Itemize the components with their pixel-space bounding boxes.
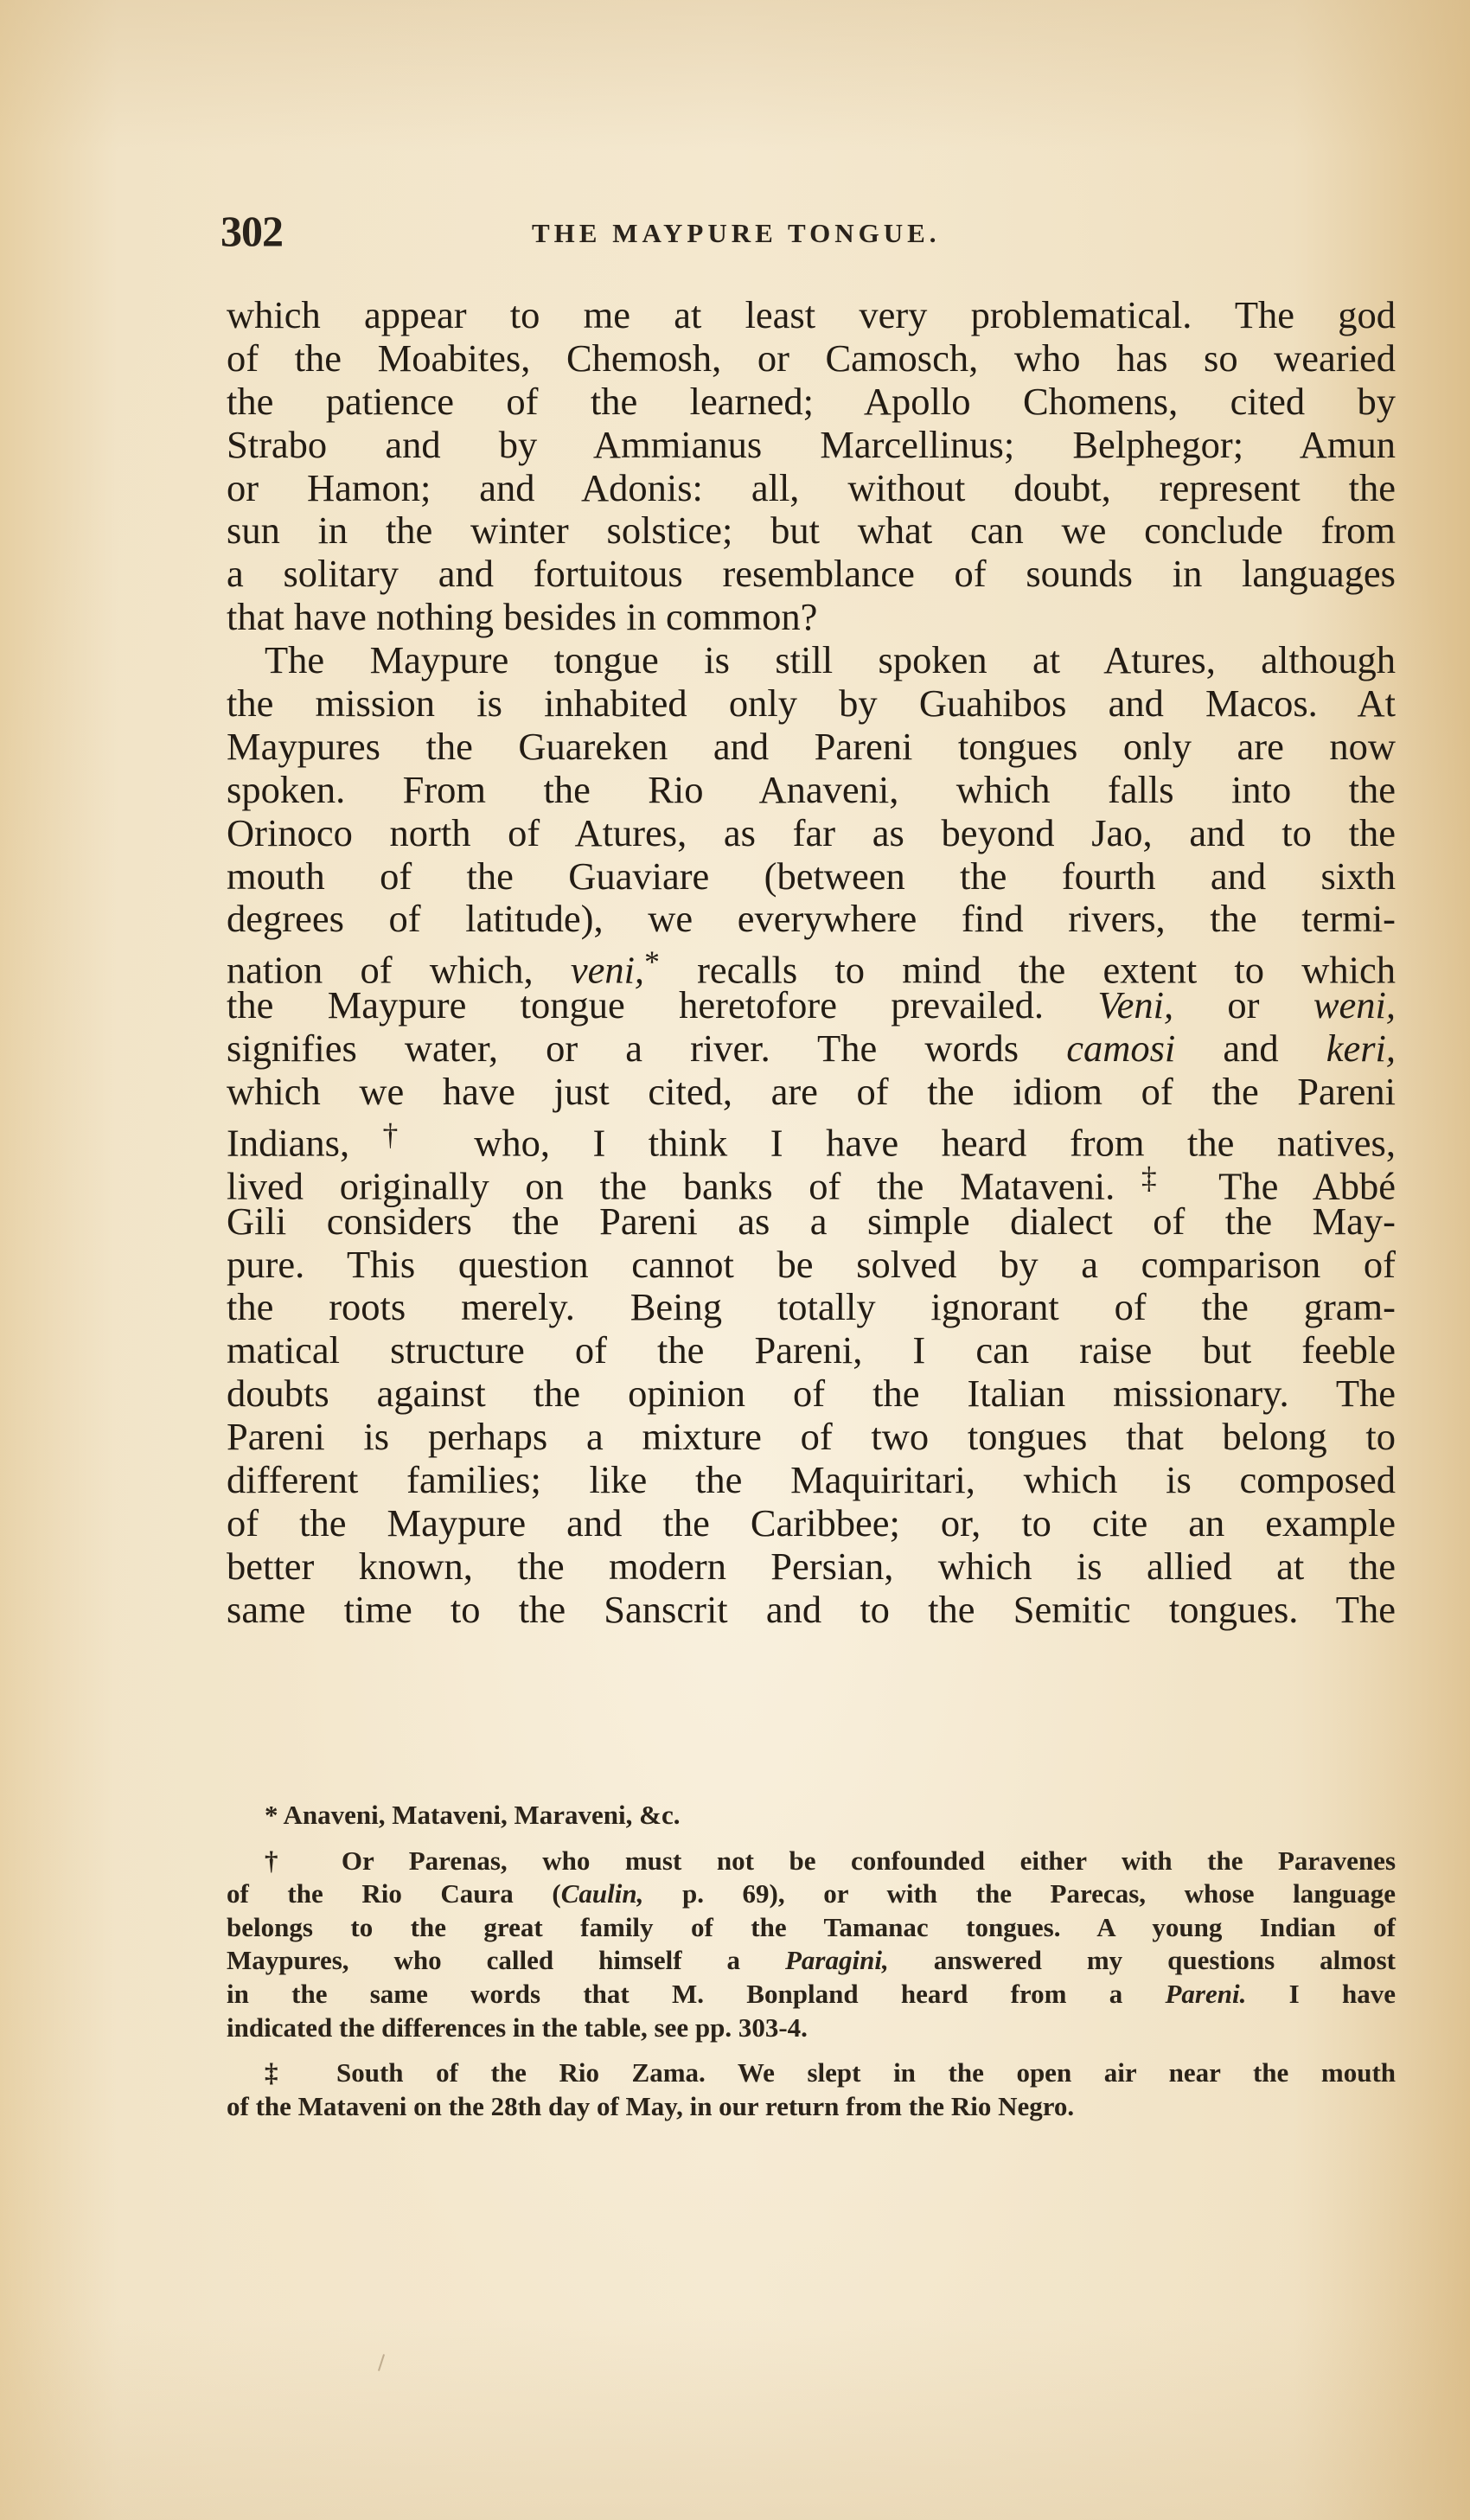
footnote-mark-asterisk: * (265, 1800, 278, 1830)
footnote-double-dagger: ‡ South of the Rio Zama. We slept in the… (227, 2056, 1396, 2090)
italic-term: Paragini, (785, 1945, 889, 1975)
body-line: the roots merely. Being totally ignorant… (227, 1286, 1396, 1329)
page-header: 302 THE MAYPURE TONGUE. (220, 206, 1396, 266)
footnote-dagger: † Or Parenas, who must not be confounded… (227, 1845, 1396, 1878)
text-run: signifies water, or a river. The words (227, 1027, 1066, 1070)
body-line: matical structure of the Pareni, I can r… (227, 1329, 1396, 1372)
italic-term: camosi (1066, 1027, 1175, 1070)
body-line: degrees of latitude), we everywhere find… (227, 898, 1396, 941)
footnote-line: of the Mataveni on the 28th day of May, … (227, 2090, 1396, 2124)
paper-blemish (378, 2354, 385, 2371)
body-line: of the Maypure and the Caribbee; or, to … (227, 1502, 1396, 1545)
footnote-ref-double-dagger[interactable]: ‡ (1115, 1161, 1183, 1195)
body-line: better known, the modern Persian, which … (227, 1545, 1396, 1589)
footnote-gap (227, 1832, 1396, 1845)
page-number: 302 (220, 206, 283, 256)
footnote-line: indicated the differences in the table, … (227, 2012, 1396, 2045)
text-run: in the same words that M. Bonpland heard… (227, 1979, 1166, 2009)
book-page: 302 THE MAYPURE TONGUE. which appear to … (0, 0, 1470, 2520)
body-line: the patience of the learned; Apollo Chom… (227, 381, 1396, 424)
body-line: which appear to me at least very problem… (227, 294, 1396, 337)
footnote-text: Or Parenas, who must not be confounded e… (342, 1845, 1396, 1876)
text-run: or (1173, 983, 1313, 1027)
body-line: doubts against the opinion of the Italia… (227, 1372, 1396, 1416)
body-line: the mission is inhabited only by Guahibo… (227, 682, 1396, 726)
body-line: mouth of the Guaviare (between the fourt… (227, 855, 1396, 899)
body-line: Indians,† who, I think I have heard from… (227, 1114, 1396, 1157)
body-line: same time to the Sanscrit and to the Sem… (227, 1589, 1396, 1632)
running-title: THE MAYPURE TONGUE. (532, 218, 941, 249)
text-run: answered my questions almost (889, 1945, 1396, 1975)
body-line: Strabo and by Ammianus Marcellinus; Belp… (227, 424, 1396, 467)
text-run: of the Rio Caura ( (227, 1878, 561, 1909)
body-line: lived originally on the banks of the Mat… (227, 1157, 1396, 1200)
body-text: which appear to me at least very problem… (227, 294, 1396, 1632)
text-run: Maypures, who called himself a (227, 1945, 785, 1975)
body-line: Gili considers the Pareni as a simple di… (227, 1200, 1396, 1244)
footnote-line: in the same words that M. Bonpland heard… (227, 1978, 1396, 2012)
body-line: or Hamon; and Adonis: all, without doubt… (227, 467, 1396, 510)
footnotes: * Anaveni, Mataveni, Maraveni, &c. † Or … (227, 1799, 1396, 2123)
italic-term: Veni, (1097, 983, 1173, 1027)
body-line: Pareni is perhaps a mixture of two tongu… (227, 1416, 1396, 1459)
body-line: sun in the winter solstice; but what can… (227, 509, 1396, 553)
italic-citation: Caulin, (561, 1878, 644, 1909)
italic-term: Pareni. (1166, 1979, 1247, 2009)
footnote-text: Anaveni, Mataveni, Maraveni, &c. (284, 1800, 681, 1830)
text-run: the Maypure tongue heretofore prevailed. (227, 983, 1097, 1027)
body-line: which we have just cited, are of the idi… (227, 1071, 1396, 1114)
footnote-ref-dagger[interactable]: † (349, 1117, 431, 1152)
body-line: nation of which, veni,* recalls to mind … (227, 941, 1396, 984)
body-line: that have nothing besides in common? (227, 596, 1396, 639)
body-line: the Maypure tongue heretofore prevailed.… (227, 984, 1396, 1027)
footnote-text: South of the Rio Zama. We slept in the o… (336, 2057, 1396, 2088)
footnote-line: belongs to the great family of the Taman… (227, 1911, 1396, 1945)
footnote-line: of the Rio Caura (Caulin, p. 69), or wit… (227, 1877, 1396, 1911)
footnote-mark-double-dagger: ‡ (265, 2057, 304, 2088)
footnote-line: Maypures, who called himself a Paragini,… (227, 1944, 1396, 1978)
italic-term: keri, (1326, 1027, 1396, 1070)
body-line: spoken. From the Rio Anaveni, which fall… (227, 769, 1396, 812)
body-line: Maypures the Guareken and Pareni tongues… (227, 726, 1396, 769)
body-line: different families; like the Maquiritari… (227, 1459, 1396, 1502)
text-run: and (1175, 1027, 1326, 1070)
footnote-asterisk: * Anaveni, Mataveni, Maraveni, &c. (227, 1799, 1396, 1832)
body-line: signifies water, or a river. The words c… (227, 1027, 1396, 1071)
text-run: p. 69), or with the Parecas, whose langu… (643, 1878, 1396, 1909)
italic-term: weni, (1313, 983, 1396, 1027)
body-line: Orinoco north of Atures, as far as beyon… (227, 812, 1396, 855)
body-line: of the Moabites, Chemosh, or Camosch, wh… (227, 337, 1396, 381)
footnote-ref-asterisk[interactable]: * (644, 944, 660, 979)
footnote-mark-dagger: † (265, 1845, 306, 1876)
body-line-paragraph-start: The Maypure tongue is still spoken at At… (227, 639, 1396, 682)
body-line: a solitary and fortuitous resemblance of… (227, 553, 1396, 596)
text-run: I have (1246, 1979, 1396, 2009)
footnote-gap (227, 2044, 1396, 2056)
body-line: pure. This question cannot be solved by … (227, 1244, 1396, 1287)
